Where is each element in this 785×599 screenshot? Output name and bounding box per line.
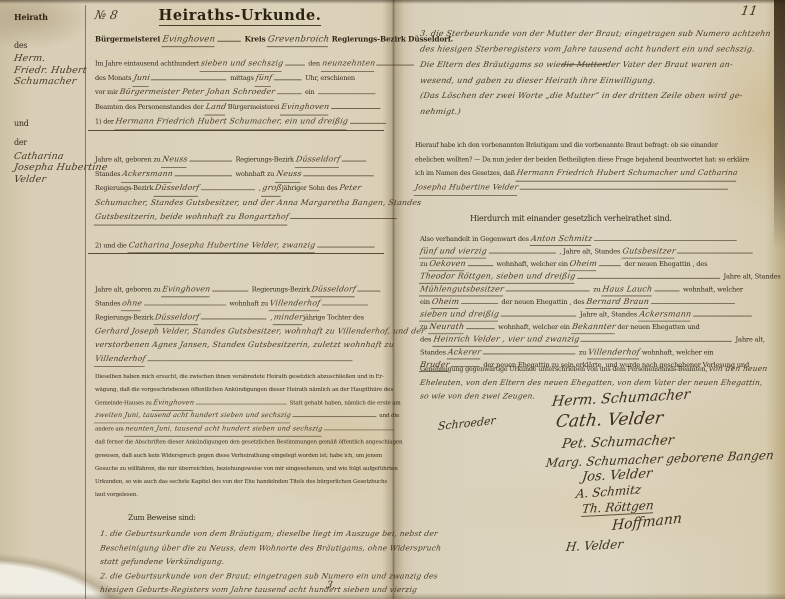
blank-rule (468, 264, 493, 266)
blank-rule (212, 290, 248, 292)
handwritten-text: Ackersmann (638, 308, 692, 321)
handwritten-text: zweiten Juni, tausend acht hundert siebe… (94, 410, 292, 424)
record-number: № 8 (94, 8, 119, 22)
blank-rule (501, 315, 577, 317)
blank-rule (290, 217, 397, 219)
handwritten-text: Hermann Friedrich Hubert Schumacher und … (515, 166, 738, 181)
handwritten-text: Oheim (569, 258, 598, 271)
text-line: fünf und vierzig , Jahre alt, Standes Gu… (420, 243, 773, 256)
handwritten-text: groß (261, 181, 283, 196)
text-line: Also verhandelt in Gegenwart des Anton S… (420, 230, 773, 243)
handwritten-text: Gerhard Joseph Velder, Standes Gutsbesit… (94, 324, 426, 338)
text-line: gewesen, daß auch kein Widerspruch gegen… (95, 447, 389, 460)
handwritten-text: Grevenbroich (267, 33, 331, 47)
handwritten-text: Josepha Hubertine Velder (414, 180, 519, 195)
blank-rule (677, 252, 753, 254)
handwritten-text: Hermann Friedrich Hubert Schumacher, ein… (114, 114, 349, 129)
handwritten-text: Velder (13, 174, 47, 186)
blank-rule (189, 160, 232, 162)
blank-rule (303, 174, 374, 176)
printed-text: wohnhaft, welcher ein (640, 348, 714, 356)
text-line: und (14, 118, 84, 130)
section-rule-2 (88, 253, 384, 254)
printed-text: Genehmigung gegenwärtige Urkunde untersc… (420, 366, 709, 373)
text-line: Velder (14, 174, 84, 186)
printed-text: andere am (95, 426, 125, 432)
text-line: Eheleuten, von den Eltern des neuen Eheg… (420, 374, 772, 388)
handwritten-text: fünf und vierzig (419, 245, 488, 258)
printed-text: daß ferner die Abschriften dieser Ankünd… (95, 439, 402, 445)
text-line: Schumacher (14, 76, 84, 88)
handwritten-text: die Mutter (560, 58, 607, 74)
blank-rule (285, 64, 305, 66)
handwritten-text: hiesigen Geburts-Registers vom Jahre tau… (99, 583, 418, 597)
handwritten-text: neunzehnten (321, 56, 376, 71)
text-line: des (14, 40, 84, 52)
text-line: Mühlengutsbesitzer zu Haus Lauch wohnhaf… (420, 280, 773, 293)
handwritten-text: neunten Juni, tausend acht hundert siebe… (124, 423, 323, 437)
handwritten-text: Düsseldorf (154, 181, 201, 196)
blank-rule (277, 93, 302, 95)
printed-text: ehelichen wollten? — Da nun jeder der be… (415, 156, 749, 163)
handwritten-text: Haus Lauch (601, 283, 653, 296)
text-line: Herm. (14, 53, 84, 65)
text-line: Bescheinigung über die zu Neuss, dem Woh… (100, 539, 388, 553)
text-line: Gerhard Joseph Velder, Standes Gutsbesit… (95, 322, 390, 336)
printed-text: 2) und die (95, 242, 129, 249)
handwritten-text: Oheim (431, 296, 460, 309)
handwritten-text: 3. die Sterbeurkunde von der Mutter der … (419, 27, 772, 43)
printed-text: laut vorgelesen. (95, 491, 138, 497)
handwritten-text: Die Eltern des Bräutigams so wie (419, 58, 562, 74)
handwritten-text: sieben und dreißig (419, 308, 500, 321)
printed-text: Hierauf habe ich den vorbenannten Bräuti… (415, 142, 718, 149)
blank-rule (331, 107, 380, 109)
form-margin-rule (85, 5, 86, 599)
text-line: zweiten Juni, tausend acht hundert siebe… (95, 407, 389, 420)
printed-text: ein (303, 89, 316, 96)
blank-rule (147, 360, 352, 362)
handwritten-text: Schumacher, Standes Gutsbesitzer, und de… (94, 196, 422, 210)
blank-rule (322, 304, 368, 306)
blank-rule (577, 277, 720, 279)
printed-text: Standes (95, 300, 122, 307)
printed-text: wohnhaft, welcher ein (494, 260, 569, 268)
blank-rule (196, 403, 287, 404)
printed-text: mittags (228, 74, 255, 81)
blank-rule (651, 302, 735, 304)
text-line: Josepha Hubertine (14, 162, 84, 174)
text-line: (Das Löschen der zwei Worte „die Mutter“… (420, 86, 773, 102)
margin-column: HeirathdesHerm.Friedr. HubertSchumacheru… (14, 12, 84, 185)
folio-number: 11 (740, 4, 759, 19)
printed-text: ein (420, 298, 432, 306)
handwritten-text: so wie von den zwei Zeugen. (419, 390, 536, 404)
printed-text: Regierungs-Bezirk (250, 286, 312, 293)
text-line: nehmigt.) (420, 102, 773, 118)
text-line: verstorbenen Agnes Jansen, Standes Gutsb… (95, 336, 390, 350)
blank-rule (317, 246, 374, 248)
blank-rule (201, 189, 255, 191)
text-line: Jahre alt, geboren zu Neuss Regierungs-B… (95, 150, 390, 164)
printed-text: wohnhaft zu (234, 170, 276, 177)
evidence-heading: Zum Beweise sind: (128, 513, 196, 522)
handwritten-text: Gutsbesitzer (621, 245, 676, 258)
handwritten-text: Oekoven (428, 258, 467, 271)
printed-text: Regierungs-Bezirk (95, 184, 155, 191)
printed-text: gewesen, daß auch kein Widerspruch gegen… (95, 452, 382, 458)
text-line: andere am neunten Juni, tausend acht hun… (95, 421, 389, 434)
blank-rule (506, 290, 590, 292)
text-line: Gesuche zu willfahren, die mir überreich… (95, 460, 389, 473)
printed-text: Jahre alt, Standes (578, 311, 639, 319)
handwritten-text: Eheleuten, von den Eltern des neuen Eheg… (419, 376, 764, 390)
text-line: des hiesigen Sterberegisters vom Jahre t… (420, 40, 773, 56)
handwritten-text: Schumacher (13, 76, 77, 88)
blank-rule (461, 302, 498, 304)
handwritten-text: Villenderhof (587, 346, 641, 359)
printed-text: jährige Tochter des (303, 314, 364, 321)
text-line: Hierauf habe ich den vorbenannten Bräuti… (415, 136, 767, 150)
handwritten-text: Land (204, 100, 227, 115)
printed-text: des Monats (95, 74, 133, 81)
printed-text: Urkunden, so wie auch das sechste Kapite… (95, 478, 387, 484)
handwritten-text: (Das Löschen der zwei Worte „die Mutter“… (419, 89, 744, 105)
printed-text: Jahre alt, geboren zu (95, 156, 163, 163)
text-line: Gemeinde-Hauses zu Evinghoven Statt geha… (95, 394, 389, 407)
text-line: 2) und die Catharina Josepha Hubertine V… (95, 236, 390, 250)
printed-text: wägung, daß die vorgeschriebenen öffentl… (95, 386, 393, 392)
handwritten-text: Evinghoven (280, 100, 330, 115)
text-line: ehelichen wollten? — Da nun jeder der be… (415, 150, 767, 164)
blank-rule (318, 93, 375, 95)
text-line: ich im Namen des Gesetzes, daß Hermann F… (415, 164, 767, 178)
text-line: Schumacher, Standes Gutsbesitzer, und de… (95, 193, 390, 207)
handwritten-text: Neuss (275, 167, 303, 182)
handwritten-text: Ackersmann (121, 167, 174, 182)
printed-text: Beamten des Personenstandes der (95, 103, 205, 110)
printed-text: Regierungs-Bezirk (95, 314, 155, 321)
handwritten-text: verstorbenen Agnes Jansen, Standes Gutsb… (94, 338, 395, 352)
text-line: Im Jahre eintausend achthundert sieben u… (95, 54, 390, 69)
blank-rule (654, 290, 679, 292)
handwritten-text: Neuss (161, 152, 189, 167)
printed-text: Im Jahre eintausend achthundert (95, 60, 201, 67)
handwritten-text: Villenderhof (94, 352, 147, 367)
evidence-item3-section: 3. die Sterbeurkunde von der Mutter der … (420, 24, 773, 118)
signature: Cath. Velder (555, 408, 665, 432)
blank-rule (292, 416, 376, 417)
text-line: 3. die Sterbeurkunde von der Mutter der … (420, 24, 773, 40)
handwritten-text: Theodor Röttgen, sieben und dreißig (419, 270, 577, 283)
handwritten-text: Herm. (13, 53, 46, 65)
printed-text: ich im Namen des Gesetzes, daß (415, 170, 517, 177)
printed-text: Jahre alt, (734, 336, 765, 344)
text-line: Urkunden, so wie auch das sechste Kapite… (95, 473, 389, 486)
printed-text: Gesuche zu willfahren, die mir überreich… (95, 465, 398, 471)
bride-section: Jahre alt, geboren zu Evinghoven Regieru… (95, 280, 390, 364)
text-line: Heirath (14, 12, 84, 24)
blank-rule (581, 340, 732, 342)
handwritten-text: Mühlengutsbesitzer (419, 283, 505, 296)
handwritten-text: Anton Schmitz (530, 233, 594, 246)
handwritten-text: von den neuen (708, 362, 769, 376)
handwritten-text: Evinghoven (161, 33, 216, 47)
text-line: Standes Ackersmann wohnhaft zu Neuss (95, 164, 390, 178)
handwritten-text: Catharina Josepha Hubertine Velder, zwan… (127, 238, 316, 253)
printed-text: der neuen Ehegatten und (615, 323, 699, 331)
handwritten-text: nehmigt.) (419, 105, 462, 121)
text-line: der (14, 137, 84, 149)
printed-text: Uhr, erschienen (303, 74, 355, 81)
blank-rule (144, 304, 226, 306)
declaration-paragraph: Hierauf habe ich den vorbenannten Bräuti… (415, 136, 767, 192)
handwritten-text: Düsseldorf (311, 282, 358, 297)
printed-text: vor mir (95, 89, 120, 96)
registry-book-photo: HeirathdesHerm.Friedr. HubertSchumacheru… (0, 0, 785, 599)
printed-text: Standes (95, 170, 122, 177)
blank-rule (376, 64, 414, 66)
text-line: vor mir Bürgermeister Peter Johan Schroe… (95, 83, 390, 98)
intro-section: Im Jahre eintausend achthundert sieben u… (95, 54, 390, 127)
handwritten-text: des hiesigen Sterberegisters vom Jahre t… (419, 42, 756, 58)
handwritten-text: Villenderhof (269, 296, 322, 311)
blank-rule (175, 174, 232, 176)
printed-text: der neuen Ehegattin , des (499, 298, 586, 306)
blank-rule (488, 252, 555, 254)
handwritten-text: Bürgermeister Peter Johan Schroeder (119, 85, 277, 100)
text-line: hiesigen Geburts-Registers vom Jahre tau… (100, 581, 388, 595)
handwritten-text: sieben und sechszig (200, 56, 285, 71)
handwritten-text: Düsseldorf (154, 310, 201, 325)
handwritten-text: wesend, und gaben zu dieser Heirath ihre… (419, 73, 657, 89)
printed-text: Heirath (14, 12, 48, 22)
printed-text: wohnhaft zu (227, 300, 269, 307)
printed-text: Statt gehabt haben, nämlich die erste am (288, 399, 400, 405)
handwritten-text: Neurath (428, 321, 465, 334)
blank-rule (693, 315, 752, 317)
printed-text: der neuen Ehegattin , des (622, 260, 707, 268)
text-line: Catharina (14, 151, 84, 163)
handwritten-text: Evinghoven (161, 282, 211, 297)
witnesses-section: Also verhandelt in Gegenwart des Anton S… (420, 230, 773, 369)
blank-rule (342, 160, 367, 162)
printed-text: des (420, 336, 433, 344)
printed-text: den (306, 60, 321, 67)
blank-rule (217, 40, 240, 42)
text-line: Bürgermeisterei Evinghoven Kreis Grevenb… (95, 30, 392, 44)
evidence-section: 1. die Geburtsurkunde von dem Bräutigam;… (100, 525, 388, 595)
printed-text: 1) der (95, 118, 116, 125)
blank-rule (151, 78, 226, 80)
handwritten-text: fünf (254, 71, 273, 86)
handwritten-text: Juni (132, 71, 151, 86)
printed-text: Regierungs-Bezirk (234, 156, 296, 163)
blank-rule (483, 353, 575, 355)
announcement-paragraph: Dieselben haben mich ersucht, die zwisch… (95, 368, 389, 500)
blank-rule (350, 122, 386, 124)
blank-rule (594, 239, 737, 241)
printed-text: Standes (420, 348, 448, 356)
text-line: 2. die Geburtsurkunde von der Braut; ein… (100, 567, 388, 581)
bride-intro-line: 2) und die Catharina Josepha Hubertine V… (95, 236, 390, 250)
handwritten-text: ohne (121, 296, 143, 311)
text-line: Dieselben haben mich ersucht, die zwisch… (95, 368, 389, 381)
section-rule-1 (88, 130, 384, 131)
text-line: Genehmigung gegenwärtige Urkunde untersc… (420, 360, 772, 374)
text-line: Friedr. Hubert (14, 65, 84, 77)
printed-text: Dieselben haben mich ersucht, die zwisch… (95, 373, 384, 379)
handwritten-text: Heinrich Velder , vier und zwanzig (432, 333, 580, 346)
printed-text: wohnhaft, welcher ein (496, 323, 571, 331)
photo-top-edge (0, 0, 785, 4)
text-line: wägung, daß die vorgeschriebenen öffentl… (95, 381, 389, 394)
blank-rule (466, 327, 495, 329)
printed-text: jähriger Sohn des (282, 184, 340, 191)
handwritten-text: der Vater der Braut waren an- (604, 58, 733, 74)
printed-text: , Jahre alt, Standes (557, 248, 622, 256)
handwritten-text: Peter (338, 181, 362, 195)
handwritten-text: Catharina (13, 151, 65, 163)
handwritten-text: Bescheinigung über die zu Neuss, dem Woh… (99, 541, 442, 555)
printed-text: Gemeinde-Hauses zu (95, 399, 153, 405)
printed-text: Jahre alt, geboren zu (95, 286, 163, 293)
text-line: Jahre alt, geboren zu Evinghoven Regieru… (95, 280, 390, 294)
blank-rule (599, 264, 621, 266)
printed-text: Bürgermeisterei (95, 35, 163, 44)
text-line: 1) der Hermann Friedrich Hubert Schumach… (95, 112, 390, 127)
blank-rule (201, 318, 267, 320)
handwritten-text: Gutsbesitzerin, beide wohnhaft zu Bongar… (94, 210, 290, 225)
text-line: laut vorgelesen. (95, 486, 389, 499)
form-title-text: Heiraths-Urkunde. (159, 7, 322, 26)
printed-text: Bürgermeisterei (226, 103, 281, 110)
handwritten-text: 2. die Geburtsurkunde von der Braut; ein… (99, 569, 439, 583)
text-line: Theodor Röttgen, sieben und dreißig Jahr… (420, 268, 773, 281)
municipality-line: Bürgermeisterei Evinghoven Kreis Grevenb… (95, 30, 392, 44)
printed-text: Kreis (242, 35, 268, 44)
married-statement: Hierdurch mit einander gesetzlich verhei… (470, 214, 672, 223)
printed-text: Jahre alt, Standes (722, 273, 781, 281)
handwritten-text: minder (273, 310, 305, 325)
handwritten-text: Bernard Braun (585, 296, 650, 309)
handwritten-text: Bekannter (571, 321, 617, 334)
blank-rule (358, 290, 381, 292)
blank-rule (324, 429, 394, 430)
printed-text: und (14, 119, 29, 128)
groom-section: Jahre alt, geboren zu Neuss Regierungs-B… (95, 150, 390, 222)
form-title: Heiraths-Urkunde. (130, 5, 350, 24)
handwritten-text: Friedr. Hubert (13, 65, 88, 77)
handwritten-text: statt gefundene Verkündigung. (99, 555, 226, 569)
printed-text: Also verhandelt in Gegenwart des (420, 235, 531, 243)
printed-text: der (14, 138, 27, 147)
blank-rule (520, 188, 728, 190)
handwritten-text: Ackerer (447, 346, 482, 359)
text-line: Standes Ackerer zu Villenderhof wohnhaft… (420, 343, 773, 356)
text-line: Die Eltern des Bräutigams so wie die Mut… (420, 55, 773, 71)
handwritten-text: 1. die Geburtsurkunde von dem Bräutigam;… (99, 527, 439, 541)
text-line: 1. die Geburtsurkunde von dem Bräutigam;… (100, 525, 388, 539)
printed-text: und die (378, 412, 400, 418)
handwritten-text: Düsseldorf (295, 152, 342, 167)
handwritten-text: Evinghoven (152, 396, 195, 410)
printed-text: des (14, 41, 27, 50)
catchword: 3. (325, 580, 336, 591)
printed-text: wohnhaft, welcher (681, 285, 743, 293)
book-right-edge (774, 0, 785, 250)
blank-rule (274, 78, 302, 80)
